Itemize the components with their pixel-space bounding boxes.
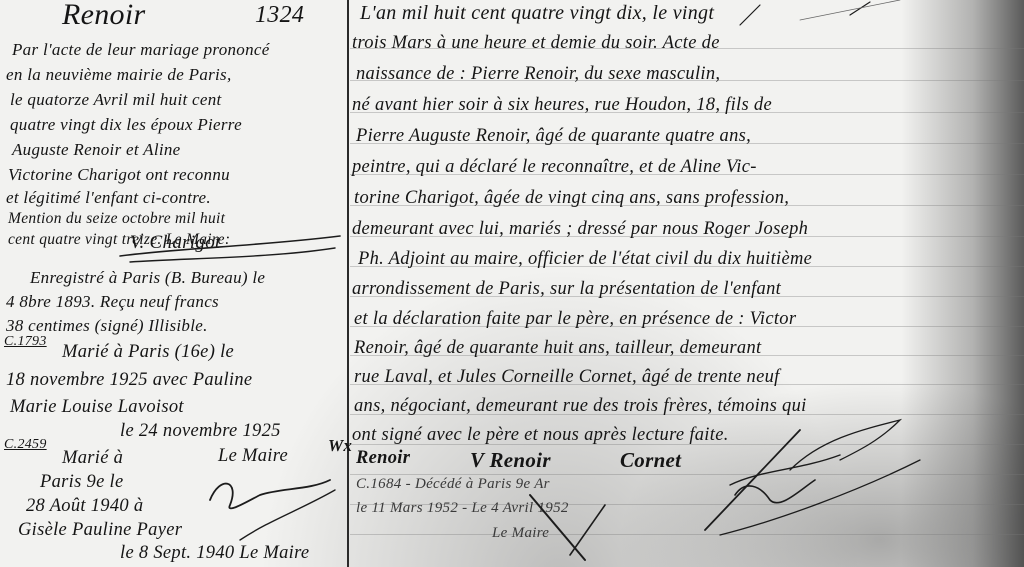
pen-strokes bbox=[0, 0, 1024, 567]
register-page: Renoir 1324 Par l'acte de leur mariage p… bbox=[0, 0, 1024, 567]
